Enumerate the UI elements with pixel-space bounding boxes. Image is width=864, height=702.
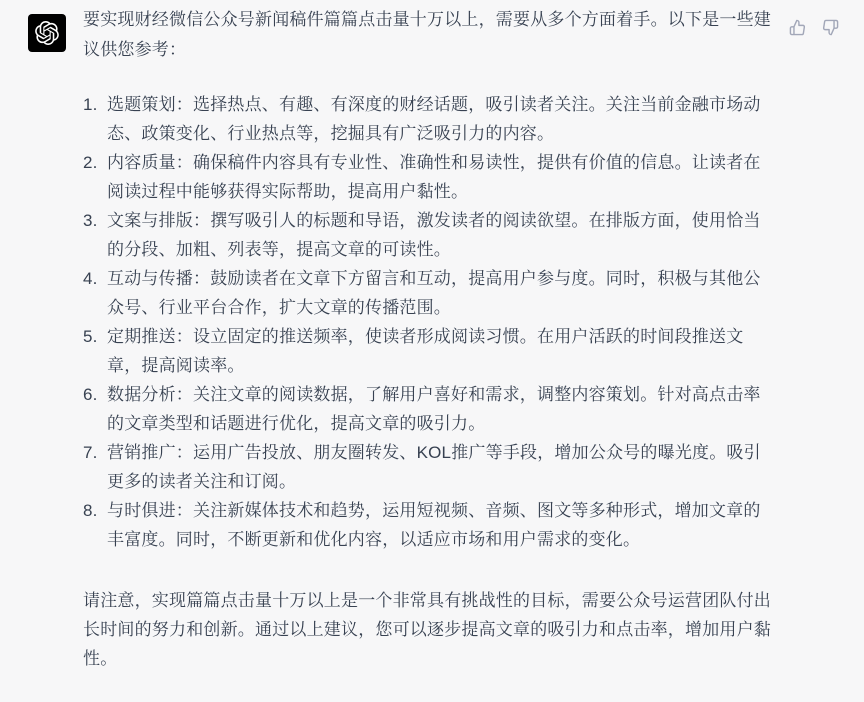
list-item-text: 定期推送：设立固定的推送频率，使读者形成阅读习惯。在用户活跃的时间段推送文章，提…: [107, 322, 773, 380]
thumbs-down-button[interactable]: [821, 18, 839, 36]
message-outro-paragraph: 请注意，实现篇篇点击量十万以上是一个非常具有挑战性的目标，需要公众号运营团队付出…: [83, 586, 773, 673]
list-item-text: 数据分析：关注文章的阅读数据，了解用户喜好和需求，调整内容策划。针对高点击率的文…: [107, 380, 773, 438]
list-item: 3. 文案与排版：撰写吸引人的标题和导语，激发读者的阅读欲望。在排版方面，使用恰…: [83, 206, 773, 264]
list-item: 8. 与时俱进：关注新媒体技术和趋势，运用短视频、音频、图文等多种形式，增加文章…: [83, 496, 773, 554]
list-item-text: 选题策划：选择热点、有趣、有深度的财经话题，吸引读者关注。关注当前金融市场动态、…: [107, 90, 773, 148]
list-item-text: 营销推广：运用广告投放、朋友圈转发、KOL推广等手段，增加公众号的曝光度。吸引更…: [107, 438, 773, 496]
list-item-number: 1.: [83, 90, 107, 148]
list-item-text: 互动与传播：鼓励读者在文章下方留言和互动，提高用户参与度。同时，积极与其他公众号…: [107, 264, 773, 322]
list-item-number: 8.: [83, 496, 107, 554]
list-item: 5. 定期推送：设立固定的推送频率，使读者形成阅读习惯。在用户活跃的时间段推送文…: [83, 322, 773, 380]
assistant-avatar: [28, 14, 66, 52]
list-item-text: 文案与排版：撰写吸引人的标题和导语，激发读者的阅读欲望。在排版方面，使用恰当的分…: [107, 206, 773, 264]
advice-list: 1. 选题策划：选择热点、有趣、有深度的财经话题，吸引读者关注。关注当前金融市场…: [83, 90, 773, 554]
list-item: 2. 内容质量：确保稿件内容具有专业性、准确性和易读性，提供有价值的信息。让读者…: [83, 148, 773, 206]
list-item: 1. 选题策划：选择热点、有趣、有深度的财经话题，吸引读者关注。关注当前金融市场…: [83, 90, 773, 148]
list-item-number: 6.: [83, 380, 107, 438]
list-item: 6. 数据分析：关注文章的阅读数据，了解用户喜好和需求，调整内容策划。针对高点击…: [83, 380, 773, 438]
list-item-number: 5.: [83, 322, 107, 380]
list-item-text: 内容质量：确保稿件内容具有专业性、准确性和易读性，提供有价值的信息。让读者在阅读…: [107, 148, 773, 206]
feedback-actions: [788, 18, 839, 36]
openai-logo-icon: [35, 21, 59, 45]
assistant-message-content: 要实现财经微信公众号新闻稿件篇篇点击量十万以上，需要从多个方面着手。以下是一些建…: [83, 5, 773, 673]
list-item: 4. 互动与传播：鼓励读者在文章下方留言和互动，提高用户参与度。同时，积极与其他…: [83, 264, 773, 322]
message-intro-paragraph: 要实现财经微信公众号新闻稿件篇篇点击量十万以上，需要从多个方面着手。以下是一些建…: [83, 5, 773, 65]
thumbs-down-icon: [822, 19, 839, 36]
list-item: 7. 营销推广：运用广告投放、朋友圈转发、KOL推广等手段，增加公众号的曝光度。…: [83, 438, 773, 496]
assistant-message-row: 要实现财经微信公众号新闻稿件篇篇点击量十万以上，需要从多个方面着手。以下是一些建…: [0, 0, 864, 702]
thumbs-up-icon: [789, 19, 806, 36]
list-item-text: 与时俱进：关注新媒体技术和趋势，运用短视频、音频、图文等多种形式，增加文章的丰富…: [107, 496, 773, 554]
list-item-number: 3.: [83, 206, 107, 264]
list-item-number: 4.: [83, 264, 107, 322]
list-item-number: 2.: [83, 148, 107, 206]
list-item-number: 7.: [83, 438, 107, 496]
thumbs-up-button[interactable]: [788, 18, 806, 36]
